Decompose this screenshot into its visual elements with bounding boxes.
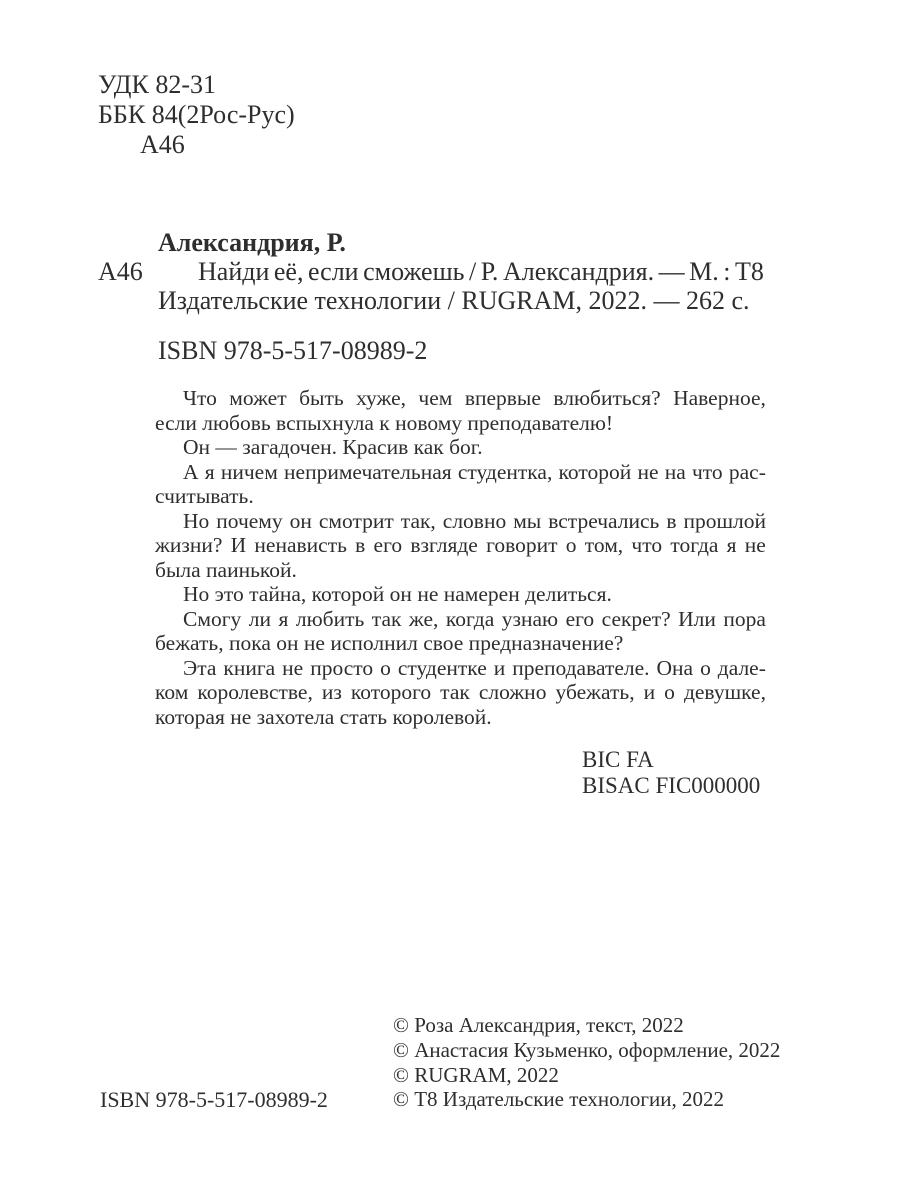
author-name: Александрия, Р. (158, 228, 764, 257)
annotation-line: Смогулиялюбитьтакже,когдаузнаюегосекрет?… (155, 607, 766, 632)
annotation-block: Чтоможетбытьхуже,чемвпервыевлюбиться?Нав… (155, 386, 766, 729)
copyright-line: © Т8 Издательские технологии, 2022 (393, 1087, 780, 1112)
annotation-line: жизни?Иненавистьвеговзглядеговоритотом,ч… (155, 533, 766, 558)
catalog-citation-block: Александрия, Р. А46 Найдиеё,еслисможешь/… (158, 228, 764, 365)
author-sign-code: А46 (98, 130, 295, 160)
udk-code: УДК 82-31 (98, 70, 295, 100)
copyright-line: © Анастасия Кузьменко, оформление, 2022 (393, 1038, 780, 1063)
annotation-paragraph: Этакниганепростоостуденткеипреподавателе… (155, 656, 766, 730)
bisac-code: BISAC FIC000000 (582, 773, 760, 799)
annotation-line: была паинькой. (155, 558, 766, 583)
annotation-paragraph: Аяничемнепримечательнаястудентка,которой… (155, 460, 766, 509)
bbk-code: ББК 84(2Рос-Рус) (98, 100, 295, 130)
copyright-line: © RUGRAM, 2022 (393, 1063, 780, 1088)
annotation-paragraph: Чтоможетбытьхуже,чемвпервыевлюбиться?Нав… (155, 386, 766, 435)
citation-title-line-1: Найдиеё,еслисможешь/Р.Александрия.—М.:Т8 (158, 257, 764, 286)
annotation-paragraph: Смогулиялюбитьтакже,когдаузнаюегосекрет?… (155, 607, 766, 656)
annotation-line: считывать. (155, 484, 766, 509)
annotation-line: Аяничемнепримечательнаястудентка,которой… (155, 460, 766, 485)
citation-title-line-2: Издательские технологии / RUGRAM, 2022. … (158, 286, 764, 315)
hanging-author-sign-code: А46 (98, 257, 143, 286)
copyright-block: © Роза Александрия, текст, 2022 © Анаста… (393, 1013, 780, 1112)
subject-codes-block: BIC FA BISAC FIC000000 (582, 747, 760, 798)
isbn-bottom: ISBN 978-5-517-08989-2 (100, 1088, 328, 1113)
annotation-line: комкоролевстве,изкотороготаксложноубежат… (155, 680, 766, 705)
annotation-line: Этакниганепростоостуденткеипреподавателе… (155, 656, 766, 681)
annotation-line: если любовь вспыхнула к новому преподава… (155, 411, 766, 436)
copyright-line: © Роза Александрия, текст, 2022 (393, 1013, 780, 1038)
annotation-line: которая не захотела стать королевой. (155, 705, 766, 730)
bic-code: BIC FA (582, 747, 760, 773)
annotation-line: Чтоможетбытьхуже,чемвпервыевлюбиться?Нав… (155, 386, 766, 411)
imprint-page: УДК 82-31 ББК 84(2Рос-Рус) А46 Александр… (0, 0, 900, 1200)
annotation-paragraph: Он — загадочен. Красив как бог. (155, 435, 766, 460)
annotation-line: Он — загадочен. Красив как бог. (155, 435, 766, 460)
annotation-line: Но это тайна, которой он не намерен дели… (155, 582, 766, 607)
annotation-paragraph: Нопочемуонсмотриттак,словномывстречались… (155, 509, 766, 583)
annotation-line: бежать, пока он не исполнил свое предназ… (155, 631, 766, 656)
annotation-paragraph: Но это тайна, которой он не намерен дели… (155, 582, 766, 607)
bibliographic-codes-block: УДК 82-31 ББК 84(2Рос-Рус) А46 (98, 70, 295, 160)
isbn-top: ISBN 978-5-517-08989-2 (158, 336, 764, 365)
annotation-line: Нопочемуонсмотриттак,словномывстречались… (155, 509, 766, 534)
